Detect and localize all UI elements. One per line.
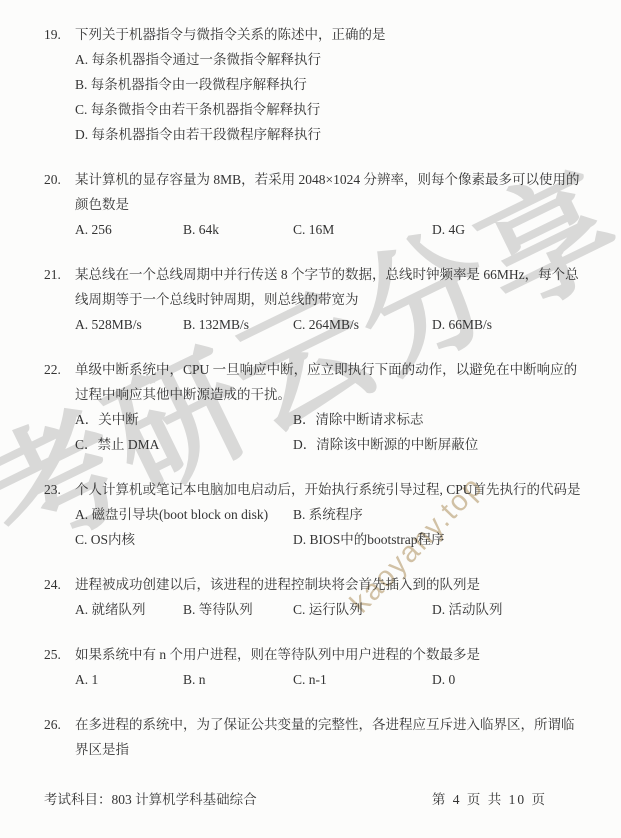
option-c: C. n-1 bbox=[293, 667, 432, 692]
question-25: 25. 如果系统中有 n 个用户进程，则在等待队列中用户进程的个数最多是 A. … bbox=[44, 642, 585, 692]
question-number: 19. bbox=[44, 22, 75, 147]
option-b: B. 64k bbox=[183, 217, 293, 242]
options-row: C．禁止 DMA D．清除该中断源的中断屏蔽位 bbox=[75, 432, 585, 457]
question-21: 21. 某总线在一个总线周期中并行传送 8 个字节的数据，总线时钟频率是 66M… bbox=[44, 262, 585, 337]
option-c: C. 264MB/s bbox=[293, 312, 432, 337]
question-22: 22. 单级中断系统中，CPU 一旦响应中断，应立即执行下面的动作，以避免在中断… bbox=[44, 357, 585, 457]
options-row: A. 1 B. n C. n-1 D. 0 bbox=[75, 667, 585, 692]
option-c: C. 运行队列 bbox=[293, 597, 432, 622]
question-number: 26. bbox=[44, 712, 75, 762]
question-text: 在多进程的系统中，为了保证公共变量的完整性，各进程应互斥进入临界区，所谓临界区是… bbox=[75, 712, 585, 762]
option-d: D．清除该中断源的中断屏蔽位 bbox=[293, 432, 585, 457]
option-b: B. 系统程序 bbox=[293, 502, 585, 527]
option-b: B. n bbox=[183, 667, 293, 692]
question-text: 个人计算机或笔记本电脑加电启动后，开始执行系统引导过程, CPU首先执行的代码是 bbox=[75, 477, 585, 502]
question-20: 20. 某计算机的显存容量为 8MB，若采用 2048×1024 分辨率，则每个… bbox=[44, 167, 585, 242]
option-c: C. OS内核 bbox=[75, 527, 293, 552]
question-number: 20. bbox=[44, 167, 75, 242]
option-a: A. 磁盘引导块(boot block on disk) bbox=[75, 502, 293, 527]
question-number: 25. bbox=[44, 642, 75, 692]
option-c: C. 16M bbox=[293, 217, 432, 242]
option-d: D. 66MB/s bbox=[432, 312, 585, 337]
question-number: 23. bbox=[44, 477, 75, 552]
options-list: A. 每条机器指令通过一条微指令解释执行 B. 每条机器指令由一段微程序解释执行… bbox=[75, 47, 585, 147]
option-d: D. 4G bbox=[432, 217, 585, 242]
question-text: 某总线在一个总线周期中并行传送 8 个字节的数据，总线时钟频率是 66MHz，每… bbox=[75, 262, 585, 312]
exam-page: 考研云分享 kaoyany.top 19. 下列关于机器指令与微指令关系的陈述中… bbox=[0, 0, 621, 838]
option-a: A. 528MB/s bbox=[75, 312, 183, 337]
question-text: 单级中断系统中，CPU 一旦响应中断，应立即执行下面的动作，以避免在中断响应的过… bbox=[75, 357, 585, 407]
question-text: 某计算机的显存容量为 8MB，若采用 2048×1024 分辨率，则每个像素最多… bbox=[75, 167, 585, 217]
option-b: B．清除中断请求标志 bbox=[293, 407, 585, 432]
option-d: D. 每条机器指令由若干段微程序解释执行 bbox=[75, 122, 585, 147]
option-c: C．禁止 DMA bbox=[75, 432, 293, 457]
option-b: B. 132MB/s bbox=[183, 312, 293, 337]
option-b: B. 每条机器指令由一段微程序解释执行 bbox=[75, 72, 585, 97]
question-26: 26. 在多进程的系统中，为了保证公共变量的完整性，各进程应互斥进入临界区，所谓… bbox=[44, 712, 585, 762]
question-text: 进程被成功创建以后，该进程的进程控制块将会首先插入到的队列是 bbox=[75, 572, 585, 597]
page-number: 第 4 页 共 10 页 bbox=[432, 787, 547, 812]
options-row: A. 256 B. 64k C. 16M D. 4G bbox=[75, 217, 585, 242]
exam-subject: 考试科目：803 计算机学科基础综合 bbox=[44, 787, 257, 812]
question-text: 如果系统中有 n 个用户进程，则在等待队列中用户进程的个数最多是 bbox=[75, 642, 585, 667]
options-row: A. 528MB/s B. 132MB/s C. 264MB/s D. 66MB… bbox=[75, 312, 585, 337]
option-a: A. 256 bbox=[75, 217, 183, 242]
question-number: 22. bbox=[44, 357, 75, 457]
question-number: 24. bbox=[44, 572, 75, 622]
option-a: A. 1 bbox=[75, 667, 183, 692]
option-a: A．关中断 bbox=[75, 407, 293, 432]
options-row: A．关中断 B．清除中断请求标志 bbox=[75, 407, 585, 432]
options-row: A. 磁盘引导块(boot block on disk) B. 系统程序 bbox=[75, 502, 585, 527]
question-24: 24. 进程被成功创建以后，该进程的进程控制块将会首先插入到的队列是 A. 就绪… bbox=[44, 572, 585, 622]
question-number: 21. bbox=[44, 262, 75, 337]
option-d: D. 活动队列 bbox=[432, 597, 585, 622]
option-b: B. 等待队列 bbox=[183, 597, 293, 622]
option-d: D. 0 bbox=[432, 667, 585, 692]
option-a: A. 每条机器指令通过一条微指令解释执行 bbox=[75, 47, 585, 72]
question-23: 23. 个人计算机或笔记本电脑加电启动后，开始执行系统引导过程, CPU首先执行… bbox=[44, 477, 585, 552]
options-row: C. OS内核 D. BIOS中的bootstrap程序 bbox=[75, 527, 585, 552]
question-text: 下列关于机器指令与微指令关系的陈述中，正确的是 bbox=[75, 22, 585, 47]
options-row: A. 就绪队列 B. 等待队列 C. 运行队列 D. 活动队列 bbox=[75, 597, 585, 622]
option-a: A. 就绪队列 bbox=[75, 597, 183, 622]
option-d: D. BIOS中的bootstrap程序 bbox=[293, 527, 585, 552]
question-19: 19. 下列关于机器指令与微指令关系的陈述中，正确的是 A. 每条机器指令通过一… bbox=[44, 22, 585, 147]
option-c: C. 每条微指令由若干条机器指令解释执行 bbox=[75, 97, 585, 122]
page-footer: 考试科目：803 计算机学科基础综合 第 4 页 共 10 页 bbox=[44, 787, 585, 812]
